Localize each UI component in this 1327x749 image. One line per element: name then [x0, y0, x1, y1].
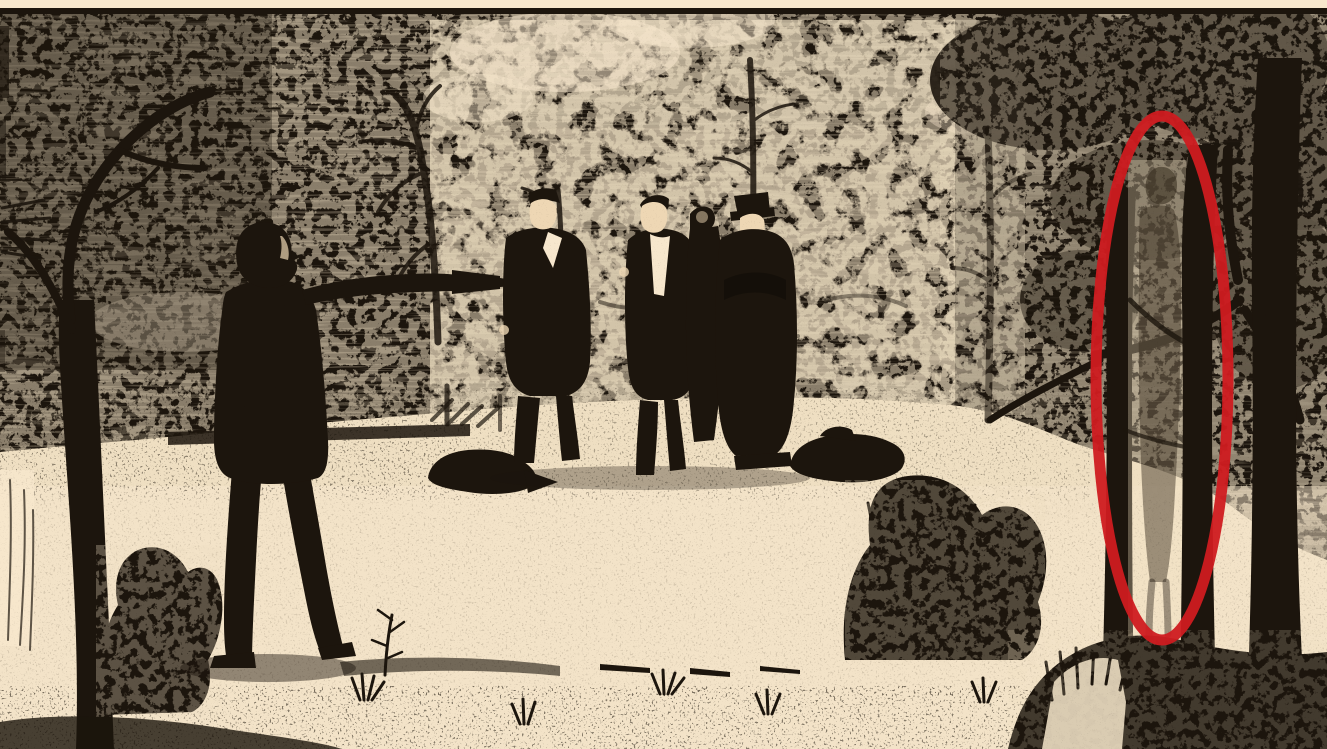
duel-engraving-canvas: Sepia engraving of a pistol duel in a wo… [0, 0, 1327, 749]
engraving-illustration: Sepia engraving of a pistol duel in a wo… [0, 0, 1327, 749]
paper-grain [0, 0, 1327, 749]
